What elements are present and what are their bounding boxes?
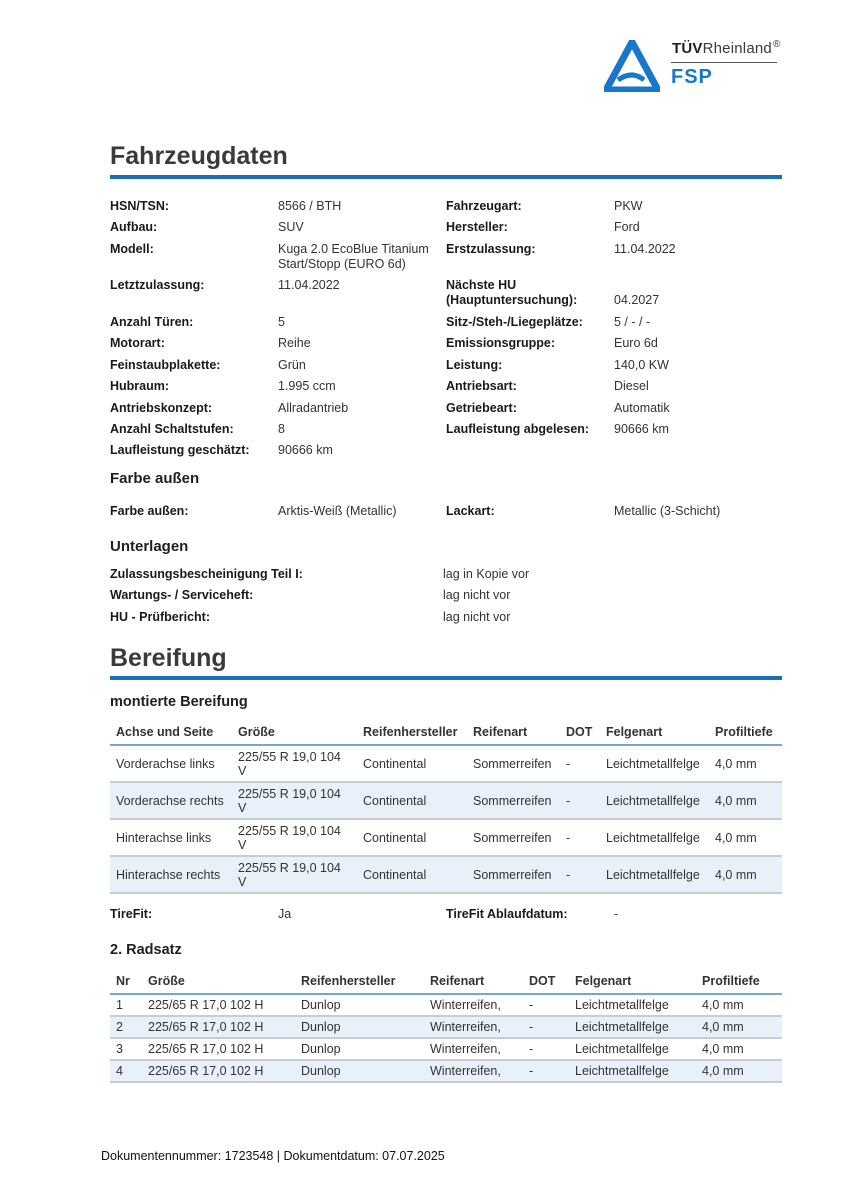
fahrzeug-label: Antriebskonzept: [110, 401, 270, 416]
table-cell: Dunlop [295, 994, 424, 1016]
table-cell: Winterreifen, [424, 1060, 523, 1082]
fahrzeug-label: Aufbau: [110, 220, 270, 235]
fahrzeug-value: 140,0 KW [614, 358, 669, 373]
table-row: Vorderachse links225/55 R 19,0 104 VCont… [110, 745, 782, 782]
table-cell: Hinterachse rechts [110, 856, 232, 893]
column-header: Achse und Seite [110, 720, 232, 745]
column-header: Profiltiefe [696, 969, 782, 994]
unterlagen-label: HU - Prüfbericht: [110, 610, 210, 625]
logo-brand-text: TÜVRheinland® [672, 40, 781, 57]
column-header: Reifenhersteller [357, 720, 467, 745]
table-cell: Leichtmetallfelge [600, 782, 709, 819]
column-header: Felgenart [600, 720, 709, 745]
lackart-value: Metallic (3-Schicht) [614, 504, 720, 519]
fahrzeug-label: Laufleistung geschätzt: [110, 443, 270, 458]
fahrzeug-label: Anzahl Schaltstufen: [110, 422, 270, 437]
table-cell: - [523, 1016, 569, 1038]
subsection-title-radsatz2: 2. Radsatz [110, 942, 182, 958]
table-cell: Continental [357, 745, 467, 782]
subsection-title-unterlagen: Unterlagen [110, 538, 188, 555]
fahrzeug-value: 5 / - / - [614, 315, 650, 330]
fahrzeug-value: 04.2027 [614, 293, 659, 308]
table-cell: 4,0 mm [696, 1016, 782, 1038]
logo-divider [671, 62, 777, 63]
fahrzeug-value: 5 [278, 315, 443, 330]
table-cell: 4,0 mm [709, 819, 782, 856]
fahrzeug-label: HSN/TSN: [110, 199, 270, 214]
document-footer: Dokumentennummer: 1723548 | Dokumentdatu… [101, 1149, 445, 1163]
table-cell: - [523, 994, 569, 1016]
table-cell: Sommerreifen [467, 819, 560, 856]
unterlagen-value: lag nicht vor [443, 610, 510, 625]
fahrzeug-value: Ford [614, 220, 640, 235]
tuv-rheinland-logo: TÜVRheinland® FSP [604, 38, 804, 94]
farbe-label: Farbe außen: [110, 504, 189, 519]
unterlagen-label: Zulassungsbescheinigung Teil I: [110, 567, 303, 582]
table-cell: Leichtmetallfelge [569, 994, 696, 1016]
table-cell: - [523, 1038, 569, 1060]
fahrzeug-label: Getriebeart: [446, 401, 596, 416]
table-cell: 225/65 R 17,0 102 H [142, 1060, 295, 1082]
tirefit-value: Ja [278, 907, 291, 922]
table-cell: 4,0 mm [709, 745, 782, 782]
tirefit-label: TireFit: [110, 907, 152, 922]
table-cell: Dunlop [295, 1060, 424, 1082]
fahrzeug-label: Modell: [110, 242, 270, 257]
table-cell: Winterreifen, [424, 1038, 523, 1060]
column-header: Felgenart [569, 969, 696, 994]
table-cell: Continental [357, 819, 467, 856]
table-cell: - [560, 819, 600, 856]
table-cell: 2 [110, 1016, 142, 1038]
table-cell: 225/65 R 17,0 102 H [142, 994, 295, 1016]
column-header: Reifenhersteller [295, 969, 424, 994]
fahrzeug-label: Sitz-/Steh-/Liegeplätze: [446, 315, 596, 330]
radsatz2-table: NrGrößeReifenherstellerReifenartDOTFelge… [110, 969, 782, 1083]
lackart-label: Lackart: [446, 504, 495, 519]
table-cell: - [523, 1060, 569, 1082]
table-cell: 225/65 R 17,0 102 H [142, 1038, 295, 1060]
table-cell: 225/65 R 17,0 102 H [142, 1016, 295, 1038]
montierte-bereifung-table: Achse und SeiteGrößeReifenherstellerReif… [110, 720, 782, 894]
table-cell: 4,0 mm [696, 1060, 782, 1082]
table-cell: - [560, 745, 600, 782]
fahrzeug-value: Automatik [614, 401, 670, 416]
fahrzeug-value: 11.04.2022 [614, 242, 676, 257]
fahrzeug-label: Anzahl Türen: [110, 315, 270, 330]
table-cell: 3 [110, 1038, 142, 1060]
fahrzeug-label: Laufleistung abgelesen: [446, 422, 596, 437]
fahrzeug-value: Grün [278, 358, 443, 373]
table-cell: Leichtmetallfelge [600, 819, 709, 856]
table-cell: 4,0 mm [709, 782, 782, 819]
column-header: Profiltiefe [709, 720, 782, 745]
fahrzeug-value: Kuga 2.0 EcoBlue Titanium Start/Stopp (E… [278, 242, 443, 272]
table-cell: Leichtmetallfelge [569, 1060, 696, 1082]
unterlagen-label: Wartungs- / Serviceheft: [110, 588, 253, 603]
fahrzeug-label: Emissionsgruppe: [446, 336, 596, 351]
fahrzeug-label: Letztzulassung: [110, 278, 270, 293]
table-row: 2225/65 R 17,0 102 HDunlopWinterreifen,-… [110, 1016, 782, 1038]
fahrzeug-value: PKW [614, 199, 642, 214]
tuv-triangle-icon [604, 40, 660, 92]
column-header: DOT [523, 969, 569, 994]
fahrzeug-label: Nächste HU (Hauptuntersuchung): [446, 278, 596, 308]
unterlagen-value: lag nicht vor [443, 588, 510, 603]
fahrzeug-label: Fahrzeugart: [446, 199, 596, 214]
section-divider [110, 175, 782, 179]
fahrzeug-label: Motorart: [110, 336, 270, 351]
subsection-title-montiert: montierte Bereifung [110, 694, 248, 710]
fahrzeug-value: 90666 km [278, 443, 443, 458]
table-cell: Leichtmetallfelge [569, 1016, 696, 1038]
table-cell: Continental [357, 782, 467, 819]
fahrzeug-value: Allradantrieb [278, 401, 443, 416]
table-cell: 225/55 R 19,0 104 V [232, 819, 357, 856]
table-cell: 4 [110, 1060, 142, 1082]
column-header: Reifenart [467, 720, 560, 745]
table-row: Hinterachse rechts225/55 R 19,0 104 VCon… [110, 856, 782, 893]
table-cell: 225/55 R 19,0 104 V [232, 782, 357, 819]
fahrzeug-value: Diesel [614, 379, 649, 394]
fahrzeug-value: Euro 6d [614, 336, 658, 351]
fahrzeug-value: 90666 km [614, 422, 669, 437]
table-cell: 225/55 R 19,0 104 V [232, 745, 357, 782]
logo-fsp: FSP [671, 66, 713, 89]
table-cell: Continental [357, 856, 467, 893]
table-cell: Winterreifen, [424, 994, 523, 1016]
table-cell: Sommerreifen [467, 856, 560, 893]
column-header: Größe [232, 720, 357, 745]
table-cell: 1 [110, 994, 142, 1016]
table-cell: Sommerreifen [467, 745, 560, 782]
table-cell: - [560, 856, 600, 893]
table-cell: 4,0 mm [696, 1038, 782, 1060]
table-cell: 4,0 mm [696, 994, 782, 1016]
fahrzeug-value: 1.995 ccm [278, 379, 443, 394]
fahrzeug-value: Reihe [278, 336, 443, 351]
fahrzeug-value: 8566 / BTH [278, 199, 443, 214]
table-row: 3225/65 R 17,0 102 HDunlopWinterreifen,-… [110, 1038, 782, 1060]
table-cell: Winterreifen, [424, 1016, 523, 1038]
table-row: 1225/65 R 17,0 102 HDunlopWinterreifen,-… [110, 994, 782, 1016]
table-cell: Leichtmetallfelge [600, 745, 709, 782]
table-cell: Dunlop [295, 1016, 424, 1038]
fahrzeug-label: Hersteller: [446, 220, 596, 235]
fahrzeug-label: Antriebsart: [446, 379, 596, 394]
table-cell: Leichtmetallfelge [569, 1038, 696, 1060]
table-cell: - [560, 782, 600, 819]
table-cell: Dunlop [295, 1038, 424, 1060]
fahrzeug-value: SUV [278, 220, 443, 235]
column-header: DOT [560, 720, 600, 745]
fahrzeug-label: Erstzulassung: [446, 242, 596, 257]
table-cell: Sommerreifen [467, 782, 560, 819]
tirefit-ablauf-label: TireFit Ablaufdatum: [446, 907, 568, 922]
fahrzeug-value: 11.04.2022 [278, 278, 443, 293]
fahrzeug-value: 8 [278, 422, 443, 437]
farbe-value: Arktis-Weiß (Metallic) [278, 504, 397, 519]
table-cell: 4,0 mm [709, 856, 782, 893]
table-cell: Vorderachse rechts [110, 782, 232, 819]
table-cell: Leichtmetallfelge [600, 856, 709, 893]
column-header: Nr [110, 969, 142, 994]
section-divider [110, 676, 782, 680]
column-header: Reifenart [424, 969, 523, 994]
table-cell: 225/55 R 19,0 104 V [232, 856, 357, 893]
section-title-bereifung: Bereifung [110, 644, 227, 673]
table-cell: Vorderachse links [110, 745, 232, 782]
fahrzeug-label: Leistung: [446, 358, 596, 373]
table-row: 4225/65 R 17,0 102 HDunlopWinterreifen,-… [110, 1060, 782, 1082]
fahrzeug-label: Feinstaubplakette: [110, 358, 270, 373]
table-cell: Hinterachse links [110, 819, 232, 856]
unterlagen-value: lag in Kopie vor [443, 567, 529, 582]
column-header: Größe [142, 969, 295, 994]
subsection-title-farbe: Farbe außen [110, 470, 199, 487]
table-row: Vorderachse rechts225/55 R 19,0 104 VCon… [110, 782, 782, 819]
section-title-fahrzeugdaten: Fahrzeugdaten [110, 142, 288, 171]
tirefit-ablauf-value: - [614, 907, 618, 922]
fahrzeug-label: Hubraum: [110, 379, 270, 394]
table-row: Hinterachse links225/55 R 19,0 104 VCont… [110, 819, 782, 856]
